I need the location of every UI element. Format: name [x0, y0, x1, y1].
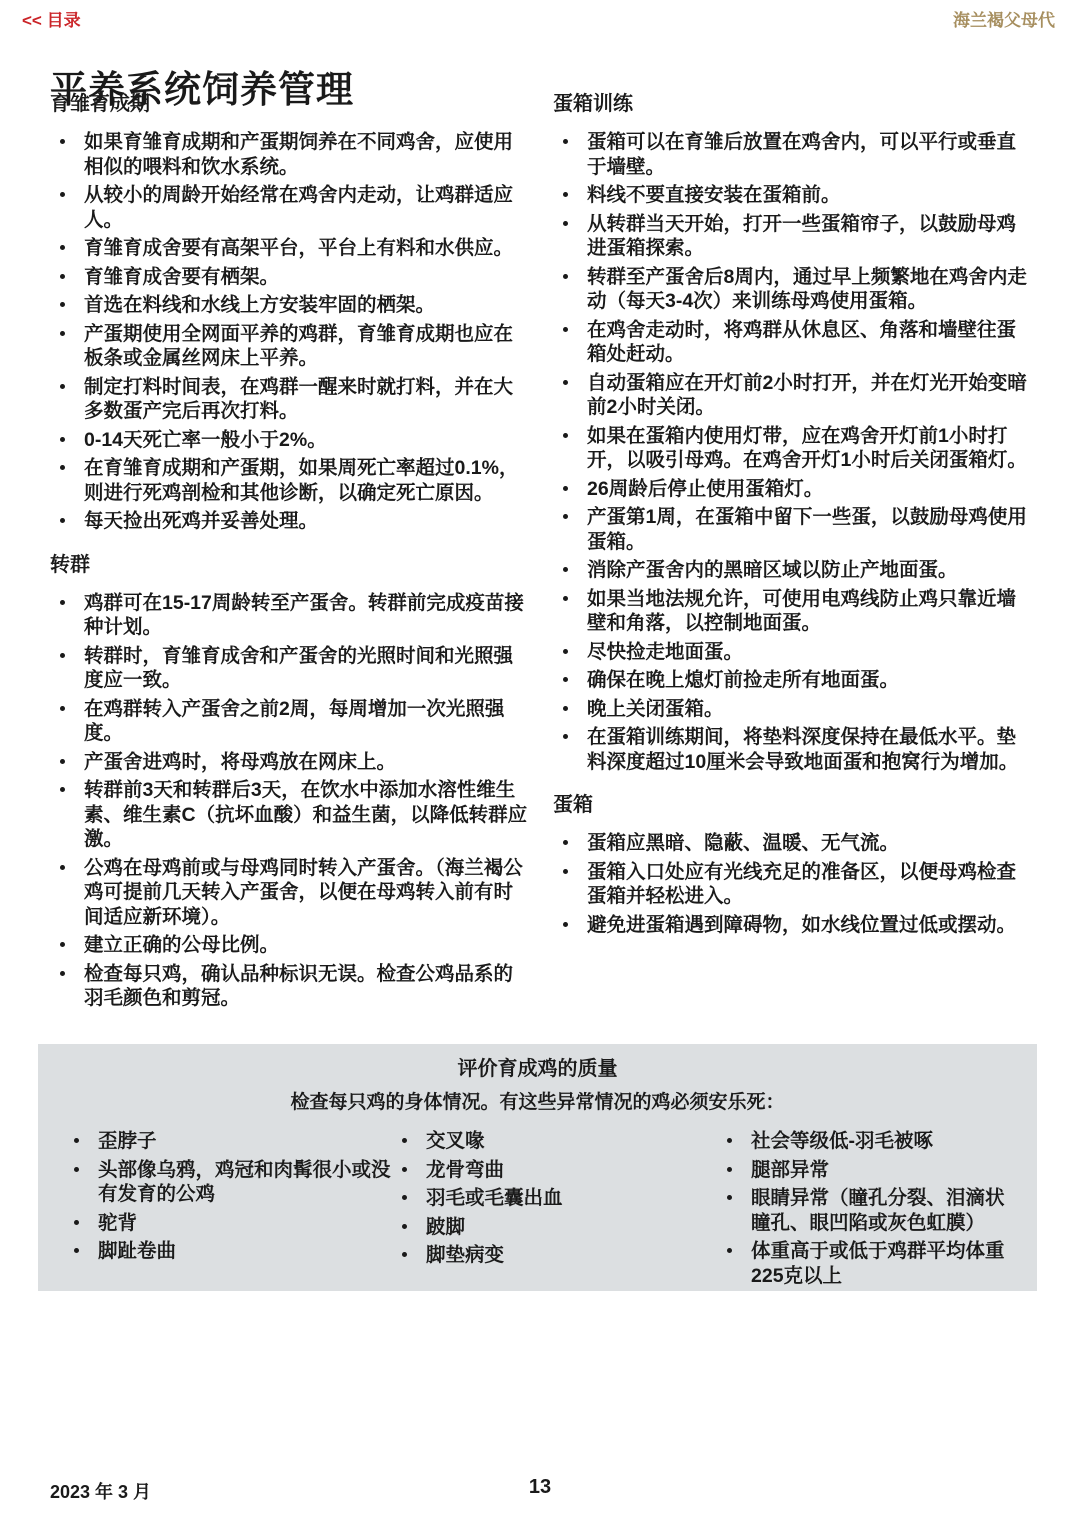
bullet-icon [563, 433, 568, 438]
bullet-icon [60, 465, 65, 470]
bullet-icon [563, 380, 568, 385]
bullet-icon [60, 971, 65, 976]
list-item: 在育雏育成期和产蛋期，如果周死亡率超过0.1%，则进行死鸡剖检和其他诊断，以确定… [50, 456, 531, 505]
bullet-icon [563, 514, 568, 519]
bullet-text: 脚趾卷曲 [98, 1240, 176, 1262]
bullet-icon [563, 677, 568, 682]
toc-back-link[interactable]: << 目录 [22, 10, 81, 32]
bullet-icon [563, 840, 568, 845]
bullet-icon [74, 1167, 79, 1172]
bullet-list: 蛋箱应黑暗、隐蔽、温暖、无气流。 蛋箱入口处应有光线充足的准备区，以便母鸡检查蛋… [553, 831, 1034, 937]
quality-column-3: 社会等级低-羽毛被啄 腿部异常 眼睛异常（瞳孔分裂、泪滴状瞳孔、眼凹陷或灰色虹膜… [725, 1129, 1013, 1292]
bullet-icon [727, 1167, 732, 1172]
bullet-text: 脚垫病变 [426, 1244, 504, 1266]
list-item: 消除产蛋舍内的黑暗区域以防止产地面蛋。 [553, 558, 1034, 583]
list-item: 如果育雏育成期和产蛋期饲养在不同鸡舍，应使用相似的喂料和饮水系统。 [50, 130, 531, 179]
bullet-text: 在鸡群转入产蛋舍之前2周，每周增加一次光照强度。 [84, 698, 504, 745]
bullet-text: 在蛋箱训练期间，将垫料深度保持在最低水平。垫料深度超过10厘米会导致地面蛋和抱窝… [587, 726, 1018, 773]
bullet-text: 体重高于或低于鸡群平均体重225克以上 [751, 1240, 1005, 1287]
bullet-text: 如果当地法规允许，可使用电鸡线防止鸡只靠近墙壁和角落，以控制地面蛋。 [587, 588, 1016, 635]
brand-label: 海兰褐父母代 [953, 10, 1055, 32]
section-heading: 育雏育成期 [50, 92, 531, 117]
bullet-text: 腿部异常 [751, 1159, 829, 1181]
bullet-icon [74, 1138, 79, 1143]
section-nest-training: 蛋箱训练 蛋箱可以在育雏后放置在鸡舍内，可以平行或垂直于墙壁。 料线不要直接安装… [553, 92, 1034, 774]
list-item: 驼背 [72, 1211, 400, 1236]
bullet-icon [60, 787, 65, 792]
bullet-text: 建立正确的公母比例。 [84, 934, 279, 956]
list-item: 晚上关闭蛋箱。 [553, 697, 1034, 722]
bullet-list: 鸡群可在15-17周龄转至产蛋舍。转群前完成疫苗接种计划。 转群时，育雏育成舍和… [50, 591, 531, 1011]
bullet-text: 料线不要直接安装在蛋箱前。 [587, 184, 841, 206]
top-bar: << 目录 海兰褐父母代 [22, 10, 1055, 32]
bullet-text: 蛋箱可以在育雏后放置在鸡舍内，可以平行或垂直于墙壁。 [587, 131, 1016, 178]
bullet-text: 驼背 [98, 1212, 137, 1234]
bullet-icon [563, 734, 568, 739]
list-item: 体重高于或低于鸡群平均体重225克以上 [725, 1239, 1013, 1288]
bullet-icon [563, 869, 568, 874]
bullet-list: 社会等级低-羽毛被啄 腿部异常 眼睛异常（瞳孔分裂、泪滴状瞳孔、眼凹陷或灰色虹膜… [725, 1129, 1013, 1288]
list-item: 首选在料线和水线上方安装牢固的栖架。 [50, 293, 531, 318]
list-item: 蛋箱可以在育雏后放置在鸡舍内，可以平行或垂直于墙壁。 [553, 130, 1034, 179]
bullet-icon [563, 139, 568, 144]
bullet-text: 鸡群可在15-17周龄转至产蛋舍。转群前完成疫苗接种计划。 [84, 592, 524, 639]
section-transfer: 转群 鸡群可在15-17周龄转至产蛋舍。转群前完成疫苗接种计划。 转群时，育雏育… [50, 553, 531, 1011]
list-item: 产蛋期使用全网面平养的鸡群，育雏育成期也应在板条或金属丝网床上平养。 [50, 322, 531, 371]
list-item: 社会等级低-羽毛被啄 [725, 1129, 1013, 1154]
left-column: 育雏育成期 如果育雏育成期和产蛋期饲养在不同鸡舍，应使用相似的喂料和饮水系统。 … [50, 92, 531, 1015]
document-page: << 目录 海兰褐父母代 平养系统饲养管理 育雏育成期 如果育雏育成期和产蛋期饲… [0, 0, 1080, 1526]
list-item: 确保在晚上熄灯前捡走所有地面蛋。 [553, 668, 1034, 693]
bullet-text: 从较小的周龄开始经常在鸡舍内走动，让鸡群适应人。 [84, 184, 513, 231]
bullet-icon [402, 1195, 407, 1200]
bullet-list: 歪脖子 头部像乌鸦，鸡冠和肉髯很小或没有发育的公鸡 驼背 [72, 1129, 400, 1264]
bullet-text: 检查每只鸡，确认品种标识无误。检查公鸡品系的羽毛颜色和剪冠。 [84, 963, 513, 1010]
bullet-icon [60, 331, 65, 336]
list-item: 眼睛异常（瞳孔分裂、泪滴状瞳孔、眼凹陷或灰色虹膜） [725, 1186, 1013, 1235]
list-item: 从较小的周龄开始经常在鸡舍内走动，让鸡群适应人。 [50, 183, 531, 232]
list-item: 腿部异常 [725, 1158, 1013, 1183]
section-heading: 蛋箱训练 [553, 92, 1034, 117]
bullet-icon [563, 486, 568, 491]
bullet-text: 转群时，育雏育成舍和产蛋舍的光照时间和光照强度应一致。 [84, 645, 513, 692]
bullet-icon [60, 245, 65, 250]
bullet-icon [563, 596, 568, 601]
list-item: 在鸡群转入产蛋舍之前2周，每周增加一次光照强度。 [50, 697, 531, 746]
list-item: 育雏育成舍要有栖架。 [50, 265, 531, 290]
bullet-icon [60, 600, 65, 605]
bullet-icon [60, 653, 65, 658]
page-number: 13 [0, 1476, 1080, 1498]
bullet-icon [60, 384, 65, 389]
bullet-text: 确保在晚上熄灯前捡走所有地面蛋。 [587, 669, 899, 691]
bullet-text: 公鸡在母鸡前或与母鸡同时转入产蛋舍。（海兰褐公鸡可提前几天转入产蛋舍，以便在母鸡… [84, 857, 523, 928]
bullet-list: 如果育雏育成期和产蛋期饲养在不同鸡舍，应使用相似的喂料和饮水系统。 从较小的周龄… [50, 130, 531, 534]
bullet-icon [74, 1248, 79, 1253]
list-item: 脚垫病变 [400, 1243, 725, 1268]
bullet-text: 尽快捡走地面蛋。 [587, 641, 743, 663]
bullet-text: 蛋箱入口处应有光线充足的准备区，以便母鸡检查蛋箱并轻松进入。 [587, 861, 1016, 908]
bullet-icon [60, 706, 65, 711]
bullet-text: 育雏育成舍要有栖架。 [84, 266, 279, 288]
section-heading: 蛋箱 [553, 793, 1034, 818]
list-item: 在鸡舍走动时，将鸡群从休息区、角落和墙壁往蛋箱处赶动。 [553, 318, 1034, 367]
bullet-text: 产蛋舍进鸡时，将母鸡放在网床上。 [84, 751, 396, 773]
bullet-icon [60, 192, 65, 197]
list-item: 转群时，育雏育成舍和产蛋舍的光照时间和光照强度应一致。 [50, 644, 531, 693]
bullet-text: 26周龄后停止使用蛋箱灯。 [587, 478, 823, 500]
list-item: 公鸡在母鸡前或与母鸡同时转入产蛋舍。（海兰褐公鸡可提前几天转入产蛋舍，以便在母鸡… [50, 856, 531, 930]
bullet-text: 歪脖子 [98, 1130, 157, 1152]
bullet-text: 如果育雏育成期和产蛋期饲养在不同鸡舍，应使用相似的喂料和饮水系统。 [84, 131, 513, 178]
right-column: 蛋箱训练 蛋箱可以在育雏后放置在鸡舍内，可以平行或垂直于墙壁。 料线不要直接安装… [553, 92, 1034, 1015]
list-item: 如果当地法规允许，可使用电鸡线防止鸡只靠近墙壁和角落，以控制地面蛋。 [553, 587, 1034, 636]
bullet-text: 从转群当天开始，打开一些蛋箱帘子，以鼓励母鸡进蛋箱探索。 [587, 213, 1016, 260]
bullet-text: 晚上关闭蛋箱。 [587, 698, 724, 720]
bullet-text: 0-14天死亡率一般小于2%。 [84, 429, 327, 451]
bullet-icon [402, 1138, 407, 1143]
bullet-text: 避免进蛋箱遇到障碍物，如水线位置过低或摆动。 [587, 914, 1016, 936]
list-item: 跛脚 [400, 1215, 725, 1240]
two-column-body: 育雏育成期 如果育雏育成期和产蛋期饲养在不同鸡舍，应使用相似的喂料和饮水系统。 … [50, 92, 1035, 1015]
bullet-text: 转群至产蛋舍后8周内，通过早上频繁地在鸡舍内走动（每天3-4次）来训练母鸡使用蛋… [587, 266, 1027, 313]
list-item: 鸡群可在15-17周龄转至产蛋舍。转群前完成疫苗接种计划。 [50, 591, 531, 640]
list-item: 尽快捡走地面蛋。 [553, 640, 1034, 665]
bullet-text: 产蛋期使用全网面平养的鸡群，育雏育成期也应在板条或金属丝网床上平养。 [84, 323, 513, 370]
bullet-icon [60, 759, 65, 764]
bullet-text: 如果在蛋箱内使用灯带，应在鸡舍开灯前1小时打开，以吸引母鸡。在鸡舍开灯1小时后关… [587, 425, 1027, 472]
bullet-icon [563, 567, 568, 572]
list-item: 料线不要直接安装在蛋箱前。 [553, 183, 1034, 208]
bullet-icon [563, 221, 568, 226]
section-rearing: 育雏育成期 如果育雏育成期和产蛋期饲养在不同鸡舍，应使用相似的喂料和饮水系统。 … [50, 92, 531, 534]
quality-evaluation-box: 评价育成鸡的质量 检查每只鸡的身体情况。有这些异常情况的鸡必须安乐死： 歪脖子 … [38, 1044, 1037, 1291]
quality-box-columns: 歪脖子 头部像乌鸦，鸡冠和肉髯很小或没有发育的公鸡 驼背 [72, 1129, 1013, 1292]
bullet-list: 蛋箱可以在育雏后放置在鸡舍内，可以平行或垂直于墙壁。 料线不要直接安装在蛋箱前。… [553, 130, 1034, 774]
bullet-list: 交叉喙 龙骨弯曲 羽毛或毛囊出血 [400, 1129, 725, 1268]
list-item: 建立正确的公母比例。 [50, 933, 531, 958]
list-item: 歪脖子 [72, 1129, 400, 1154]
bullet-icon [60, 865, 65, 870]
list-item: 制定打料时间表，在鸡群一醒来时就打料，并在大多数蛋产完后再次打料。 [50, 375, 531, 424]
bullet-text: 育雏育成舍要有高架平台，平台上有料和水供应。 [84, 237, 513, 259]
bullet-text: 自动蛋箱应在开灯前2小时打开，并在灯光开始变暗前2小时关闭。 [587, 372, 1027, 419]
list-item: 0-14天死亡率一般小于2%。 [50, 428, 531, 453]
list-item: 26周龄后停止使用蛋箱灯。 [553, 477, 1034, 502]
bullet-text: 在育雏育成期和产蛋期，如果周死亡率超过0.1%，则进行死鸡剖检和其他诊断，以确定… [84, 457, 518, 504]
bullet-icon [74, 1220, 79, 1225]
list-item: 育雏育成舍要有高架平台，平台上有料和水供应。 [50, 236, 531, 261]
list-item: 自动蛋箱应在开灯前2小时打开，并在灯光开始变暗前2小时关闭。 [553, 371, 1034, 420]
bullet-icon [60, 518, 65, 523]
list-item: 转群前3天和转群后3天，在饮水中添加水溶性维生素、维生素C（抗坏血酸）和益生菌，… [50, 778, 531, 852]
bullet-icon [60, 942, 65, 947]
bullet-text: 眼睛异常（瞳孔分裂、泪滴状瞳孔、眼凹陷或灰色虹膜） [751, 1187, 1005, 1234]
list-item: 蛋箱入口处应有光线充足的准备区，以便母鸡检查蛋箱并轻松进入。 [553, 860, 1034, 909]
bullet-text: 社会等级低-羽毛被啄 [751, 1130, 933, 1152]
bullet-text: 产蛋第1周，在蛋箱中留下一些蛋，以鼓励母鸡使用蛋箱。 [587, 506, 1027, 553]
bullet-icon [727, 1138, 732, 1143]
bullet-text: 跛脚 [426, 1216, 465, 1238]
list-item: 在蛋箱训练期间，将垫料深度保持在最低水平。垫料深度超过10厘米会导致地面蛋和抱窝… [553, 725, 1034, 774]
bullet-icon [60, 437, 65, 442]
quality-box-title: 评价育成鸡的质量 [72, 1057, 1003, 1082]
list-item: 龙骨弯曲 [400, 1158, 725, 1183]
list-item: 脚趾卷曲 [72, 1239, 400, 1264]
quality-box-subtitle: 检查每只鸡的身体情况。有这些异常情况的鸡必须安乐死： [72, 1091, 1003, 1115]
bullet-text: 制定打料时间表，在鸡群一醒来时就打料，并在大多数蛋产完后再次打料。 [84, 376, 513, 423]
bullet-text: 交叉喙 [426, 1130, 485, 1152]
list-item: 转群至产蛋舍后8周内，通过早上频繁地在鸡舍内走动（每天3-4次）来训练母鸡使用蛋… [553, 265, 1034, 314]
list-item: 检查每只鸡，确认品种标识无误。检查公鸡品系的羽毛颜色和剪冠。 [50, 962, 531, 1011]
quality-column-2: 交叉喙 龙骨弯曲 羽毛或毛囊出血 [400, 1129, 725, 1292]
bullet-icon [402, 1252, 407, 1257]
bullet-text: 首选在料线和水线上方安装牢固的栖架。 [84, 294, 435, 316]
bullet-icon [563, 192, 568, 197]
list-item: 每天捡出死鸡并妥善处理。 [50, 509, 531, 534]
list-item: 头部像乌鸦，鸡冠和肉髯很小或没有发育的公鸡 [72, 1158, 400, 1207]
bullet-icon [563, 327, 568, 332]
bullet-text: 羽毛或毛囊出血 [426, 1187, 563, 1209]
bullet-icon [402, 1167, 407, 1172]
section-heading: 转群 [50, 553, 531, 578]
list-item: 蛋箱应黑暗、隐蔽、温暖、无气流。 [553, 831, 1034, 856]
bullet-icon [727, 1195, 732, 1200]
list-item: 产蛋第1周，在蛋箱中留下一些蛋，以鼓励母鸡使用蛋箱。 [553, 505, 1034, 554]
list-item: 羽毛或毛囊出血 [400, 1186, 725, 1211]
list-item: 如果在蛋箱内使用灯带，应在鸡舍开灯前1小时打开，以吸引母鸡。在鸡舍开灯1小时后关… [553, 424, 1034, 473]
bullet-text: 消除产蛋舍内的黑暗区域以防止产地面蛋。 [587, 559, 958, 581]
bullet-text: 在鸡舍走动时，将鸡群从休息区、角落和墙壁往蛋箱处赶动。 [587, 319, 1016, 366]
bullet-icon [563, 649, 568, 654]
bullet-text: 蛋箱应黑暗、隐蔽、温暖、无气流。 [587, 832, 899, 854]
bullet-text: 龙骨弯曲 [426, 1159, 504, 1181]
bullet-icon [563, 706, 568, 711]
bullet-icon [563, 922, 568, 927]
list-item: 避免进蛋箱遇到障碍物，如水线位置过低或摆动。 [553, 913, 1034, 938]
bullet-icon [60, 274, 65, 279]
bullet-text: 头部像乌鸦，鸡冠和肉髯很小或没有发育的公鸡 [98, 1159, 391, 1206]
list-item: 产蛋舍进鸡时，将母鸡放在网床上。 [50, 750, 531, 775]
bullet-icon [402, 1224, 407, 1229]
bullet-icon [60, 139, 65, 144]
quality-column-1: 歪脖子 头部像乌鸦，鸡冠和肉髯很小或没有发育的公鸡 驼背 [72, 1129, 400, 1292]
bullet-icon [563, 274, 568, 279]
list-item: 交叉喙 [400, 1129, 725, 1154]
bullet-icon [727, 1248, 732, 1253]
bullet-text: 转群前3天和转群后3天，在饮水中添加水溶性维生素、维生素C（抗坏血酸）和益生菌，… [84, 779, 527, 850]
section-nest-box: 蛋箱 蛋箱应黑暗、隐蔽、温暖、无气流。 蛋箱入口处应有光线充足的准备区，以便母鸡… [553, 793, 1034, 937]
bullet-icon [60, 302, 65, 307]
bullet-text: 每天捡出死鸡并妥善处理。 [84, 510, 318, 532]
list-item: 从转群当天开始，打开一些蛋箱帘子，以鼓励母鸡进蛋箱探索。 [553, 212, 1034, 261]
